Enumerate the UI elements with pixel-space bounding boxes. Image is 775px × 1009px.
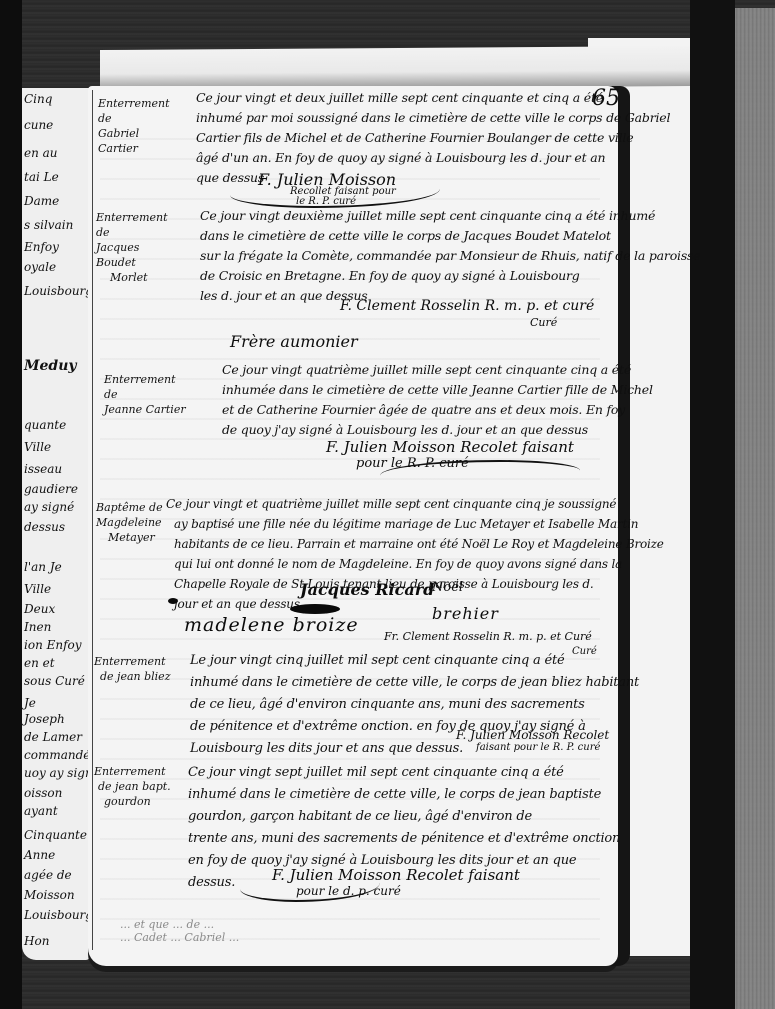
left-fragment: en et <box>24 656 55 670</box>
signature-title: faisant pour le R. P. curé <box>476 742 600 753</box>
left-fragment: oisson <box>24 786 62 800</box>
left-fragment: agée de <box>24 868 72 882</box>
left-fragment: l'an Je <box>24 560 62 574</box>
text-line: de ce lieu, âgé d'environ cinquante ans,… <box>190 694 639 716</box>
left-fragment: Dame <box>24 194 59 208</box>
left-page-fragment: Cinq cune en au tai Le Dame s silvain En… <box>22 88 92 960</box>
margin-line: Morlet <box>96 270 178 285</box>
left-fragment: Joseph <box>24 712 65 726</box>
text-line: inhumé dans le cimetière de cette ville,… <box>188 784 620 806</box>
left-fragment: Cinq <box>24 92 52 106</box>
left-fragment: ay signé <box>24 500 74 514</box>
left-fragment: Enfoy <box>24 240 59 254</box>
left-fragment: Ville <box>24 440 51 454</box>
left-fragment: en au <box>24 146 58 160</box>
faint-line: ... Cadet ... Cabriel ... <box>120 931 239 944</box>
left-fragment: Meduy <box>24 358 77 374</box>
left-fragment: commandé <box>24 748 90 762</box>
left-fragment: Louisbourg <box>24 284 92 298</box>
margin-line: Gabriel Cartier <box>98 126 180 156</box>
margin-line: Jacques Boudet <box>96 240 178 270</box>
paper-strip <box>100 46 690 90</box>
left-fragment: oyale <box>24 260 56 274</box>
left-fragment: s silvain <box>24 218 73 232</box>
left-fragment: de Lamer <box>24 730 82 744</box>
film-edge-strip <box>733 8 775 1009</box>
text-line: et de Catherine Fournier âgée de quatre … <box>222 400 653 420</box>
entry-text: Ce jour vingt quatrième juillet mille se… <box>222 360 653 440</box>
faint-bleed-text: ... et que ... de ... ... Cadet ... Cabr… <box>120 918 239 944</box>
godmother-signature: madelene broize <box>184 614 359 636</box>
signature: F. Julien Moisson Recolet <box>456 728 609 742</box>
witness-signature: Noël <box>432 580 463 595</box>
text-line: Ce jour vingt deuxième juillet mille sep… <box>200 206 700 226</box>
text-line: sur la frégate la Comète, commandée par … <box>200 246 700 266</box>
text-line: Ce jour vingt sept juillet mil sept cent… <box>188 762 620 784</box>
text-line: inhumé dans le cimetière de cette ville,… <box>190 672 639 694</box>
ink-blot <box>168 598 178 604</box>
margin-rule <box>92 90 93 950</box>
left-fragment: ion Enfoy <box>24 638 82 652</box>
faint-line: ... et que ... de ... <box>120 918 239 931</box>
witness-signature: Jacques Ricard <box>300 580 434 599</box>
signature: F. Julien Moisson Recolet faisant <box>326 438 574 456</box>
left-fragment: cune <box>24 118 53 132</box>
margin-line: Enterrement de <box>98 96 180 126</box>
text-line: de quoy j'ay signé à Louisbourg les d. j… <box>222 420 653 440</box>
text-line: âgé d'un an. En foy de quoy ay signé à L… <box>196 148 670 168</box>
text-line: habitants de ce lieu. Parrain et marrain… <box>166 534 664 554</box>
left-fragment: tai Le <box>24 170 59 184</box>
scan-border <box>0 0 22 1009</box>
ink-blot <box>290 604 340 614</box>
entry-margin-title: Enterrement de jean bliez <box>94 654 176 684</box>
left-fragment: Hon <box>24 934 49 948</box>
text-line: gourdon, garçon habitant de ce lieu, âgé… <box>188 806 620 828</box>
annotation: Frère aumonier <box>230 332 358 351</box>
scan-shadow <box>690 0 735 1009</box>
priest-signature: Fr. Clement Rosselin R. m. p. et Curé <box>384 630 592 643</box>
text-line: inhumé par moi soussigné dans le cimetiè… <box>196 108 670 128</box>
entry-text: Ce jour vingt deuxième juillet mille sep… <box>200 206 700 306</box>
text-line: Ce jour vingt et deux juillet mille sept… <box>196 88 670 108</box>
left-fragment: Moisson <box>24 888 75 902</box>
entry-margin-title: Enterrement de Gabriel Cartier <box>98 96 180 156</box>
text-line: Le jour vingt cinq juillet mil sept cent… <box>190 650 639 672</box>
text-line: dans le cimetière de cette ville le corp… <box>200 226 700 246</box>
signature-title: Curé <box>530 316 557 329</box>
text-line: qui lui ont donné le nom de Magdeleine. … <box>166 554 664 574</box>
entry-margin-title: Enterrement de jean bapt. gourdon <box>94 764 176 809</box>
left-fragment: sous Curé <box>24 674 85 688</box>
text-line: Ce jour vingt et quatrième juillet mille… <box>166 494 664 514</box>
entry-margin-title: Enterrement de Jacques Boudet Morlet <box>96 210 178 285</box>
left-fragment: gaudiere <box>24 482 78 496</box>
margin-line: de jean bapt. <box>94 779 176 794</box>
margin-line: Enterrement <box>94 654 176 669</box>
margin-line: gourdon <box>94 794 176 809</box>
margin-line: Enterrement de <box>96 210 178 240</box>
text-line: trente ans, muni des sacrements de pénit… <box>188 828 620 850</box>
entry-margin-title: Enterrement de Jeanne Cartier <box>104 372 186 417</box>
left-fragment: Je <box>24 696 36 710</box>
text-line: de Croisic en Bretagne. En foy de quoy a… <box>200 266 700 286</box>
left-fragment: Cinquante <box>24 828 87 842</box>
left-fragment: uoy ay signé <box>24 766 92 780</box>
left-fragment: Anne <box>24 848 55 862</box>
left-fragment: isseau <box>24 462 62 476</box>
text-line: Cartier fils de Michel et de Catherine F… <box>196 128 670 148</box>
text-line: Ce jour vingt quatrième juillet mille se… <box>222 360 653 380</box>
margin-line: Jeanne Cartier <box>104 402 186 417</box>
margin-line: Enterrement de <box>104 372 186 402</box>
text-line: inhumée dans le cimetière de cette ville… <box>222 380 653 400</box>
left-fragment: quante <box>24 418 66 432</box>
left-fragment: Louisbourg <box>24 908 92 922</box>
left-fragment: dessus <box>24 520 65 534</box>
witness-signature: brehier <box>432 604 499 623</box>
signature: F. Clement Rosselin R. m. p. et curé <box>340 298 594 314</box>
margin-line: de jean bliez <box>94 669 176 684</box>
left-fragment: Ville <box>24 582 51 596</box>
left-fragment: Deux <box>24 602 55 616</box>
margin-line: Enterrement <box>94 764 176 779</box>
left-fragment: ayant <box>24 804 58 818</box>
text-line: ay baptisé une fille née du légitime mar… <box>166 514 664 534</box>
left-fragment: Inen <box>24 620 51 634</box>
